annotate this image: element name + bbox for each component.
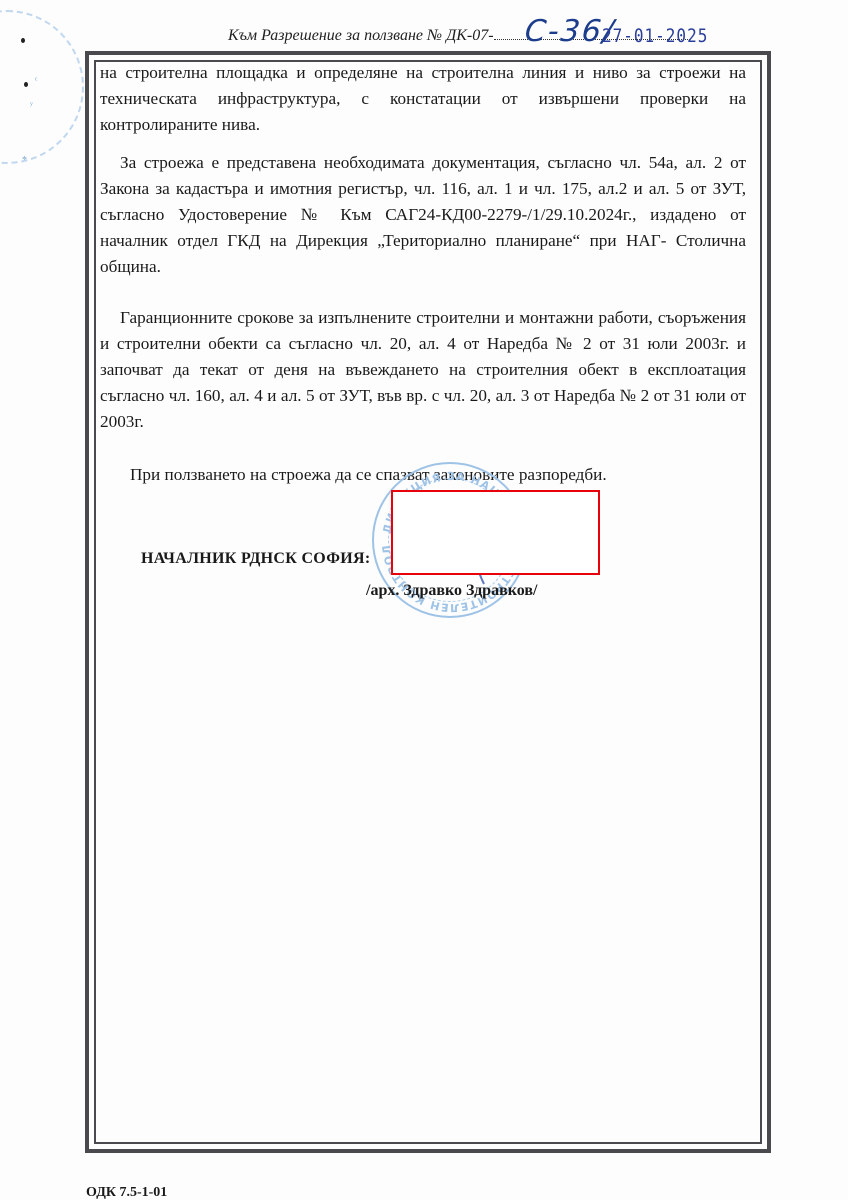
- paragraph-continuation: на строителна площадка и определяне на с…: [100, 60, 746, 138]
- document-body: на строителна площадка и определяне на с…: [100, 60, 746, 488]
- redacted-signature: [391, 490, 600, 575]
- date-stamp: 27-01-2025: [602, 25, 708, 47]
- margin-stamp-remnant: [0, 10, 84, 164]
- signatory-name: /арх. Здравко Здравков/: [366, 582, 537, 600]
- paragraph-documentation: За строежа е представена необходимата до…: [100, 150, 746, 280]
- paragraph-warranty: Гаранционните срокове за изпълнените стр…: [100, 305, 746, 435]
- stamp-mark: ᶜ: [35, 75, 38, 86]
- scan-speck: [24, 82, 28, 87]
- stamp-mark: *: [22, 155, 27, 166]
- signatory-title: НАЧАЛНИК РДНСК СОФИЯ:: [141, 550, 371, 568]
- permit-reference-prefix: Към Разрешение за ползване № ДК-07-: [228, 27, 494, 44]
- scan-speck: [21, 38, 25, 43]
- stamp-mark: ʸ: [30, 100, 33, 111]
- form-code: ОДК 7.5-1-01: [86, 1185, 167, 1200]
